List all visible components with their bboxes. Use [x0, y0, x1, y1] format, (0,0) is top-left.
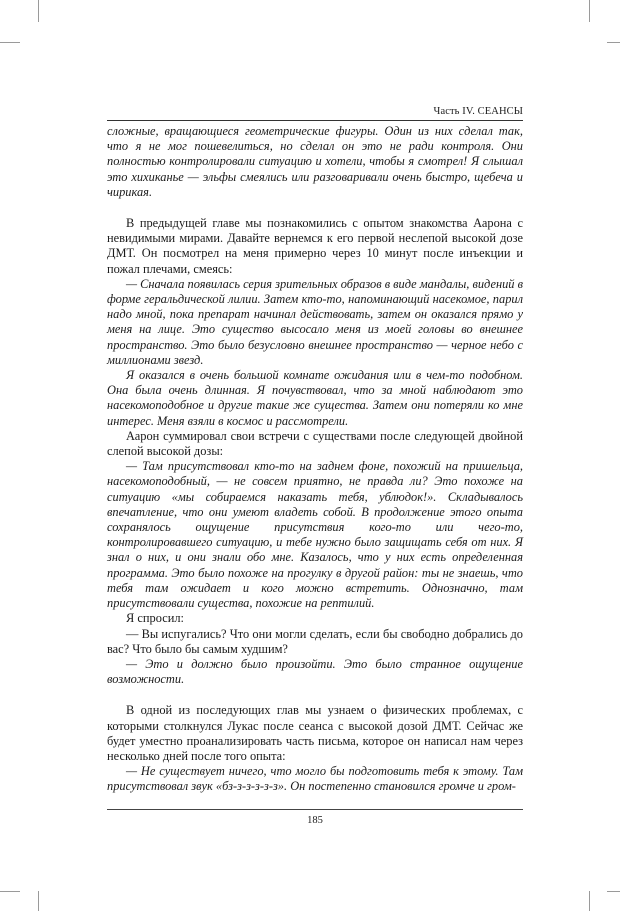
running-head: Часть IV. СЕАНСЫ: [434, 106, 523, 117]
paragraph: В предыдущей главе мы познакомились с оп…: [107, 216, 523, 277]
page-header: Часть IV. СЕАНСЫ: [107, 100, 523, 121]
crop-mark-right-top: [607, 42, 620, 43]
body-text: сложные, вращающиеся геометрические фигу…: [107, 124, 523, 795]
quote-paragraph: — Там присутствовал кто-то на заднем фон…: [107, 459, 523, 611]
paragraph: — Вы испугались? Что они могли сделать, …: [107, 627, 523, 657]
paragraph: В одной из последующих глав мы узнаем о …: [107, 703, 523, 764]
quote-paragraph: — Не существует ничего, что могло бы под…: [107, 764, 523, 794]
crop-mark-bottom-right: [589, 891, 590, 911]
paragraph: Я спросил:: [107, 611, 523, 626]
quote-paragraph: — Сначала появилась серия зрительных обр…: [107, 277, 523, 368]
paragraph: сложные, вращающиеся геометрические фигу…: [107, 124, 523, 200]
paragraph: Аарон суммировал свои встречи с существа…: [107, 429, 523, 459]
crop-mark-top-left: [38, 0, 39, 22]
page-number: 185: [107, 815, 523, 826]
crop-mark-top-right: [589, 0, 590, 22]
crop-mark-left-top: [0, 42, 20, 43]
crop-mark-bottom-left: [38, 891, 39, 911]
page-footer: 185: [107, 809, 523, 810]
quote-paragraph: — Это и должно было произойти. Это было …: [107, 657, 523, 687]
quote-paragraph: Я оказался в очень большой комнате ожида…: [107, 368, 523, 429]
crop-mark-left-bottom: [0, 891, 20, 892]
crop-mark-right-bottom: [607, 891, 620, 892]
